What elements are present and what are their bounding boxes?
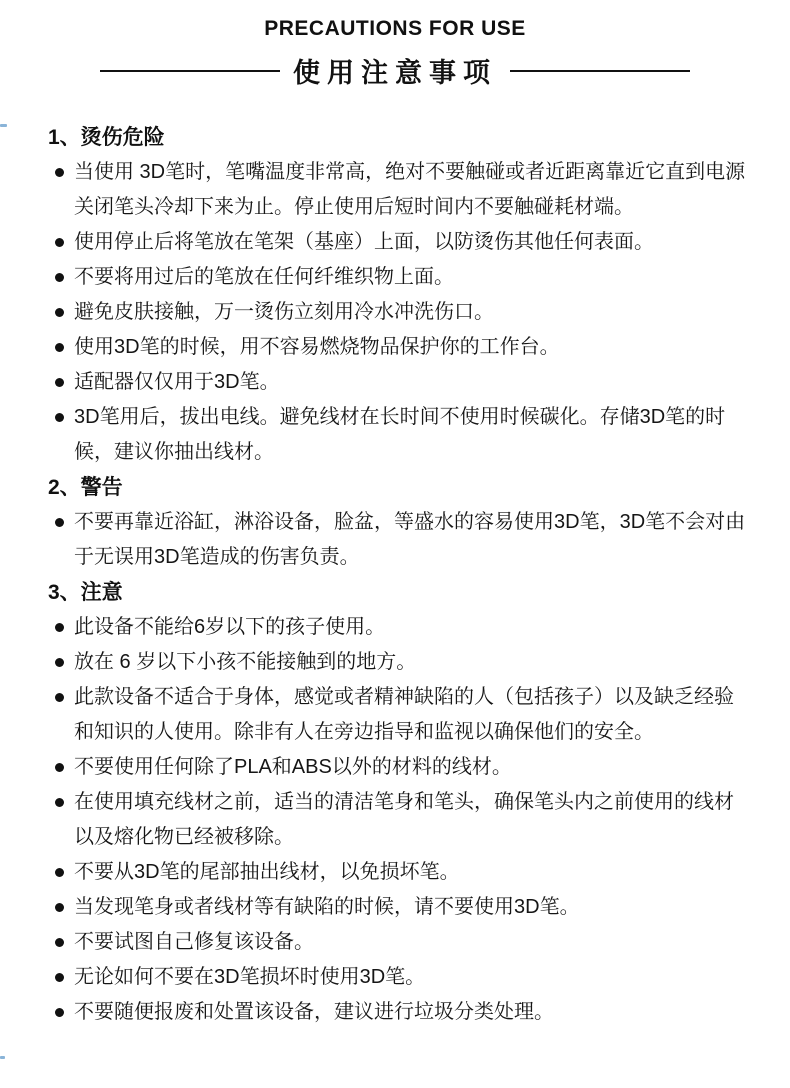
precaution-text: 不要使用任何除了PLA和ABS以外的材料的线材。 [74, 750, 512, 785]
precaution-item: 不要试图自己修复该设备。 [48, 925, 752, 960]
precaution-text: 无论如何不要在3D笔损坏时使用3D笔。 [74, 960, 425, 995]
precaution-text: 当使用 3D笔时，笔嘴温度非常高，绝对不要触碰或者近距离靠近它直到电源关闭笔头冷… [74, 155, 752, 225]
precaution-text: 不要再靠近浴缸，淋浴设备，脸盆，等盛水的容易使用3D笔，3D笔不会对由于无误用3… [74, 505, 752, 575]
bullet-icon [55, 343, 64, 352]
page-title-en: PRECAUTIONS FOR USE [0, 0, 790, 41]
bullet-icon [55, 1008, 64, 1017]
precaution-item: 适配器仅仅用于3D笔。 [48, 365, 752, 400]
precaution-text: 此设备不能给6岁以下的孩子使用。 [74, 610, 385, 645]
precaution-text: 此款设备不适合于身体，感觉或者精神缺陷的人（包括孩子）以及缺乏经验和知识的人使用… [74, 680, 752, 750]
precaution-text: 使用停止后将笔放在笔架（基座）上面，以防烫伤其他任何表面。 [74, 225, 654, 260]
precaution-item: 无论如何不要在3D笔损坏时使用3D笔。 [48, 960, 752, 995]
scan-artifact-bottom [0, 1056, 5, 1059]
precaution-item: 3D笔用后，拔出电线。避免线材在长时间不使用时候碳化。存储3D笔的时候，建议你抽… [48, 400, 752, 470]
precaution-section: 3、注意此设备不能给6岁以下的孩子使用。放在 6 岁以下小孩不能接触到的地方。此… [48, 575, 752, 1030]
bullet-icon [55, 693, 64, 702]
precaution-section: 1、烫伤危险当使用 3D笔时，笔嘴温度非常高，绝对不要触碰或者近距离靠近它直到电… [48, 120, 752, 470]
precaution-text: 不要随便报废和处置该设备，建议进行垃圾分类处理。 [74, 995, 554, 1030]
precaution-item: 不要再靠近浴缸，淋浴设备，脸盆，等盛水的容易使用3D笔，3D笔不会对由于无误用3… [48, 505, 752, 575]
title-rule-right [510, 70, 690, 72]
precaution-item: 不要随便报废和处置该设备，建议进行垃圾分类处理。 [48, 995, 752, 1030]
bullet-icon [55, 658, 64, 667]
precaution-item: 不要使用任何除了PLA和ABS以外的材料的线材。 [48, 750, 752, 785]
bullet-icon [55, 413, 64, 422]
precaution-item: 在使用填充线材之前，适当的清洁笔身和笔头，确保笔头内之前使用的线材以及熔化物已经… [48, 785, 752, 855]
precaution-item: 此设备不能给6岁以下的孩子使用。 [48, 610, 752, 645]
precaution-text: 在使用填充线材之前，适当的清洁笔身和笔头，确保笔头内之前使用的线材以及熔化物已经… [74, 785, 752, 855]
precaution-item: 放在 6 岁以下小孩不能接触到的地方。 [48, 645, 752, 680]
section-heading: 1、烫伤危险 [48, 120, 752, 155]
precaution-text: 3D笔用后，拔出电线。避免线材在长时间不使用时候碳化。存储3D笔的时候，建议你抽… [74, 400, 752, 470]
bullet-icon [55, 763, 64, 772]
precaution-item: 避免皮肤接触，万一烫伤立刻用冷水冲洗伤口。 [48, 295, 752, 330]
bullet-icon [55, 308, 64, 317]
bullet-icon [55, 973, 64, 982]
bullet-icon [55, 273, 64, 282]
manual-page: PRECAUTIONS FOR USE 使用注意事项 1、烫伤危险当使用 3D笔… [0, 0, 790, 1088]
bullet-icon [55, 623, 64, 632]
bullet-icon [55, 518, 64, 527]
precaution-item: 使用3D笔的时候，用不容易燃烧物品保护你的工作台。 [48, 330, 752, 365]
precaution-text: 不要试图自己修复该设备。 [74, 925, 314, 960]
precaution-item: 使用停止后将笔放在笔架（基座）上面，以防烫伤其他任何表面。 [48, 225, 752, 260]
bullet-icon [55, 378, 64, 387]
precaution-section: 2、警告不要再靠近浴缸，淋浴设备，脸盆，等盛水的容易使用3D笔，3D笔不会对由于… [48, 470, 752, 575]
precaution-text: 不要将用过后的笔放在任何纤维织物上面。 [74, 260, 454, 295]
bullet-icon [55, 798, 64, 807]
precaution-item: 当发现笔身或者线材等有缺陷的时候，请不要使用3D笔。 [48, 890, 752, 925]
bullet-icon [55, 238, 64, 247]
page-title-zh: 使用注意事项 [293, 51, 497, 90]
page-title-zh-row: 使用注意事项 [0, 51, 790, 90]
bullet-icon [55, 868, 64, 877]
precaution-text: 适配器仅仅用于3D笔。 [74, 365, 280, 400]
precaution-text: 使用3D笔的时候，用不容易燃烧物品保护你的工作台。 [74, 330, 560, 365]
scan-artifact-top [0, 124, 7, 127]
precaution-item: 当使用 3D笔时，笔嘴温度非常高，绝对不要触碰或者近距离靠近它直到电源关闭笔头冷… [48, 155, 752, 225]
bullet-icon [55, 168, 64, 177]
precaution-text: 放在 6 岁以下小孩不能接触到的地方。 [74, 645, 416, 680]
precautions-list: 1、烫伤危险当使用 3D笔时，笔嘴温度非常高，绝对不要触碰或者近距离靠近它直到电… [48, 120, 752, 1030]
precaution-text: 不要从3D笔的尾部抽出线材，以免损坏笔。 [74, 855, 460, 890]
bullet-icon [55, 903, 64, 912]
section-heading: 2、警告 [48, 470, 752, 505]
page-header: PRECAUTIONS FOR USE 使用注意事项 [0, 0, 790, 90]
precaution-text: 避免皮肤接触，万一烫伤立刻用冷水冲洗伤口。 [74, 295, 494, 330]
precaution-item: 不要从3D笔的尾部抽出线材，以免损坏笔。 [48, 855, 752, 890]
precaution-item: 不要将用过后的笔放在任何纤维织物上面。 [48, 260, 752, 295]
title-rule-left [100, 70, 280, 72]
section-heading: 3、注意 [48, 575, 752, 610]
precaution-text: 当发现笔身或者线材等有缺陷的时候，请不要使用3D笔。 [74, 890, 580, 925]
precaution-item: 此款设备不适合于身体，感觉或者精神缺陷的人（包括孩子）以及缺乏经验和知识的人使用… [48, 680, 752, 750]
bullet-icon [55, 938, 64, 947]
